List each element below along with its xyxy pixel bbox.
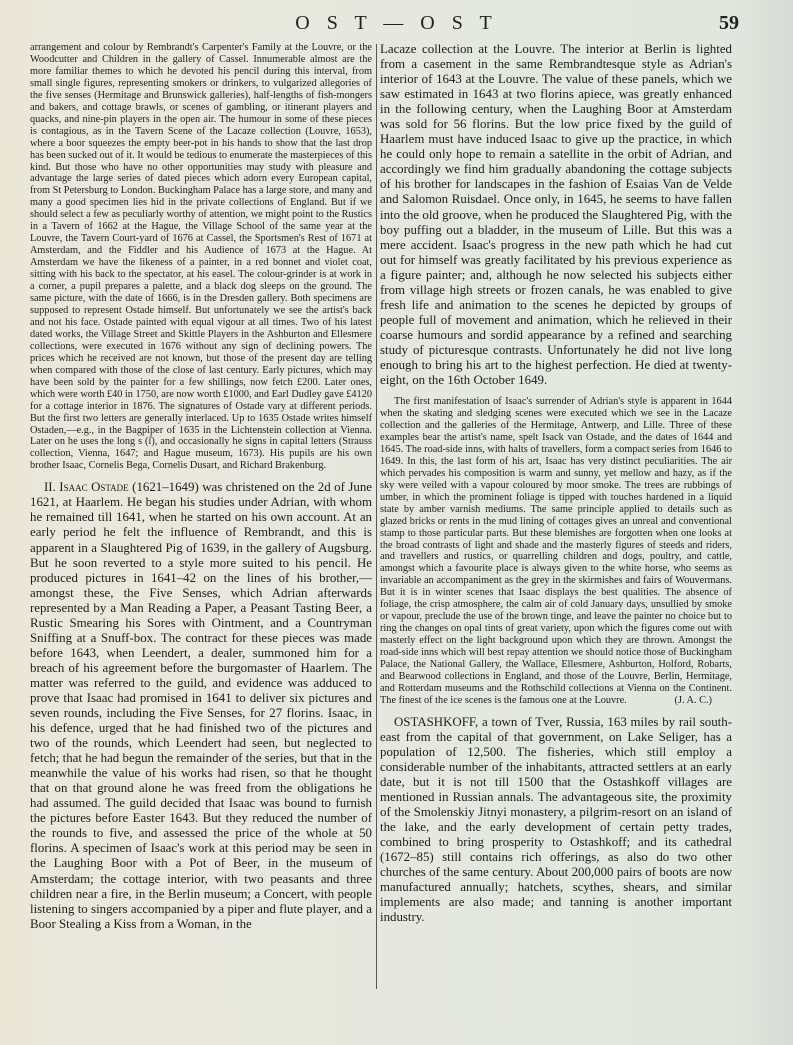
- column-divider: [376, 44, 377, 989]
- ostashkoff-text: a town of Tver, Russia, 163 miles by rai…: [380, 715, 732, 925]
- ostashkoff-heading: OSTASHKOFF,: [394, 715, 478, 729]
- right-column: Lacaze collection at the Louvre. The int…: [380, 42, 732, 926]
- section-numeral: II.: [44, 480, 56, 494]
- page-header: O S T — O S T 59: [0, 12, 793, 36]
- isaac-notes-text: The first manifestation of Isaac's surre…: [380, 396, 732, 706]
- adrian-ostade-continuation-paragraph: arrangement and colour by Rembrandt's Ca…: [30, 42, 372, 472]
- ostashkoff-entry: OSTASHKOFF, a town of Tver, Russia, 163 …: [380, 715, 732, 926]
- page-number: 59: [719, 12, 739, 35]
- isaac-ostade-paragraph: II. Isaac Ostade (1621–1649) was christe…: [30, 480, 372, 931]
- running-head: O S T — O S T: [0, 12, 793, 35]
- isaac-ostade-heading: Isaac Ostade: [59, 480, 128, 494]
- isaac-ostade-text-part2: Lacaze collection at the Louvre. The int…: [380, 42, 732, 388]
- left-column: arrangement and colour by Rembrandt's Ca…: [30, 42, 372, 932]
- isaac-ostade-notes-paragraph: The first manifestation of Isaac's surre…: [380, 396, 732, 707]
- isaac-ostade-text-part1: (1621–1649) was christened on the 2d of …: [30, 480, 372, 930]
- author-signature: (J. A. C.): [661, 695, 732, 707]
